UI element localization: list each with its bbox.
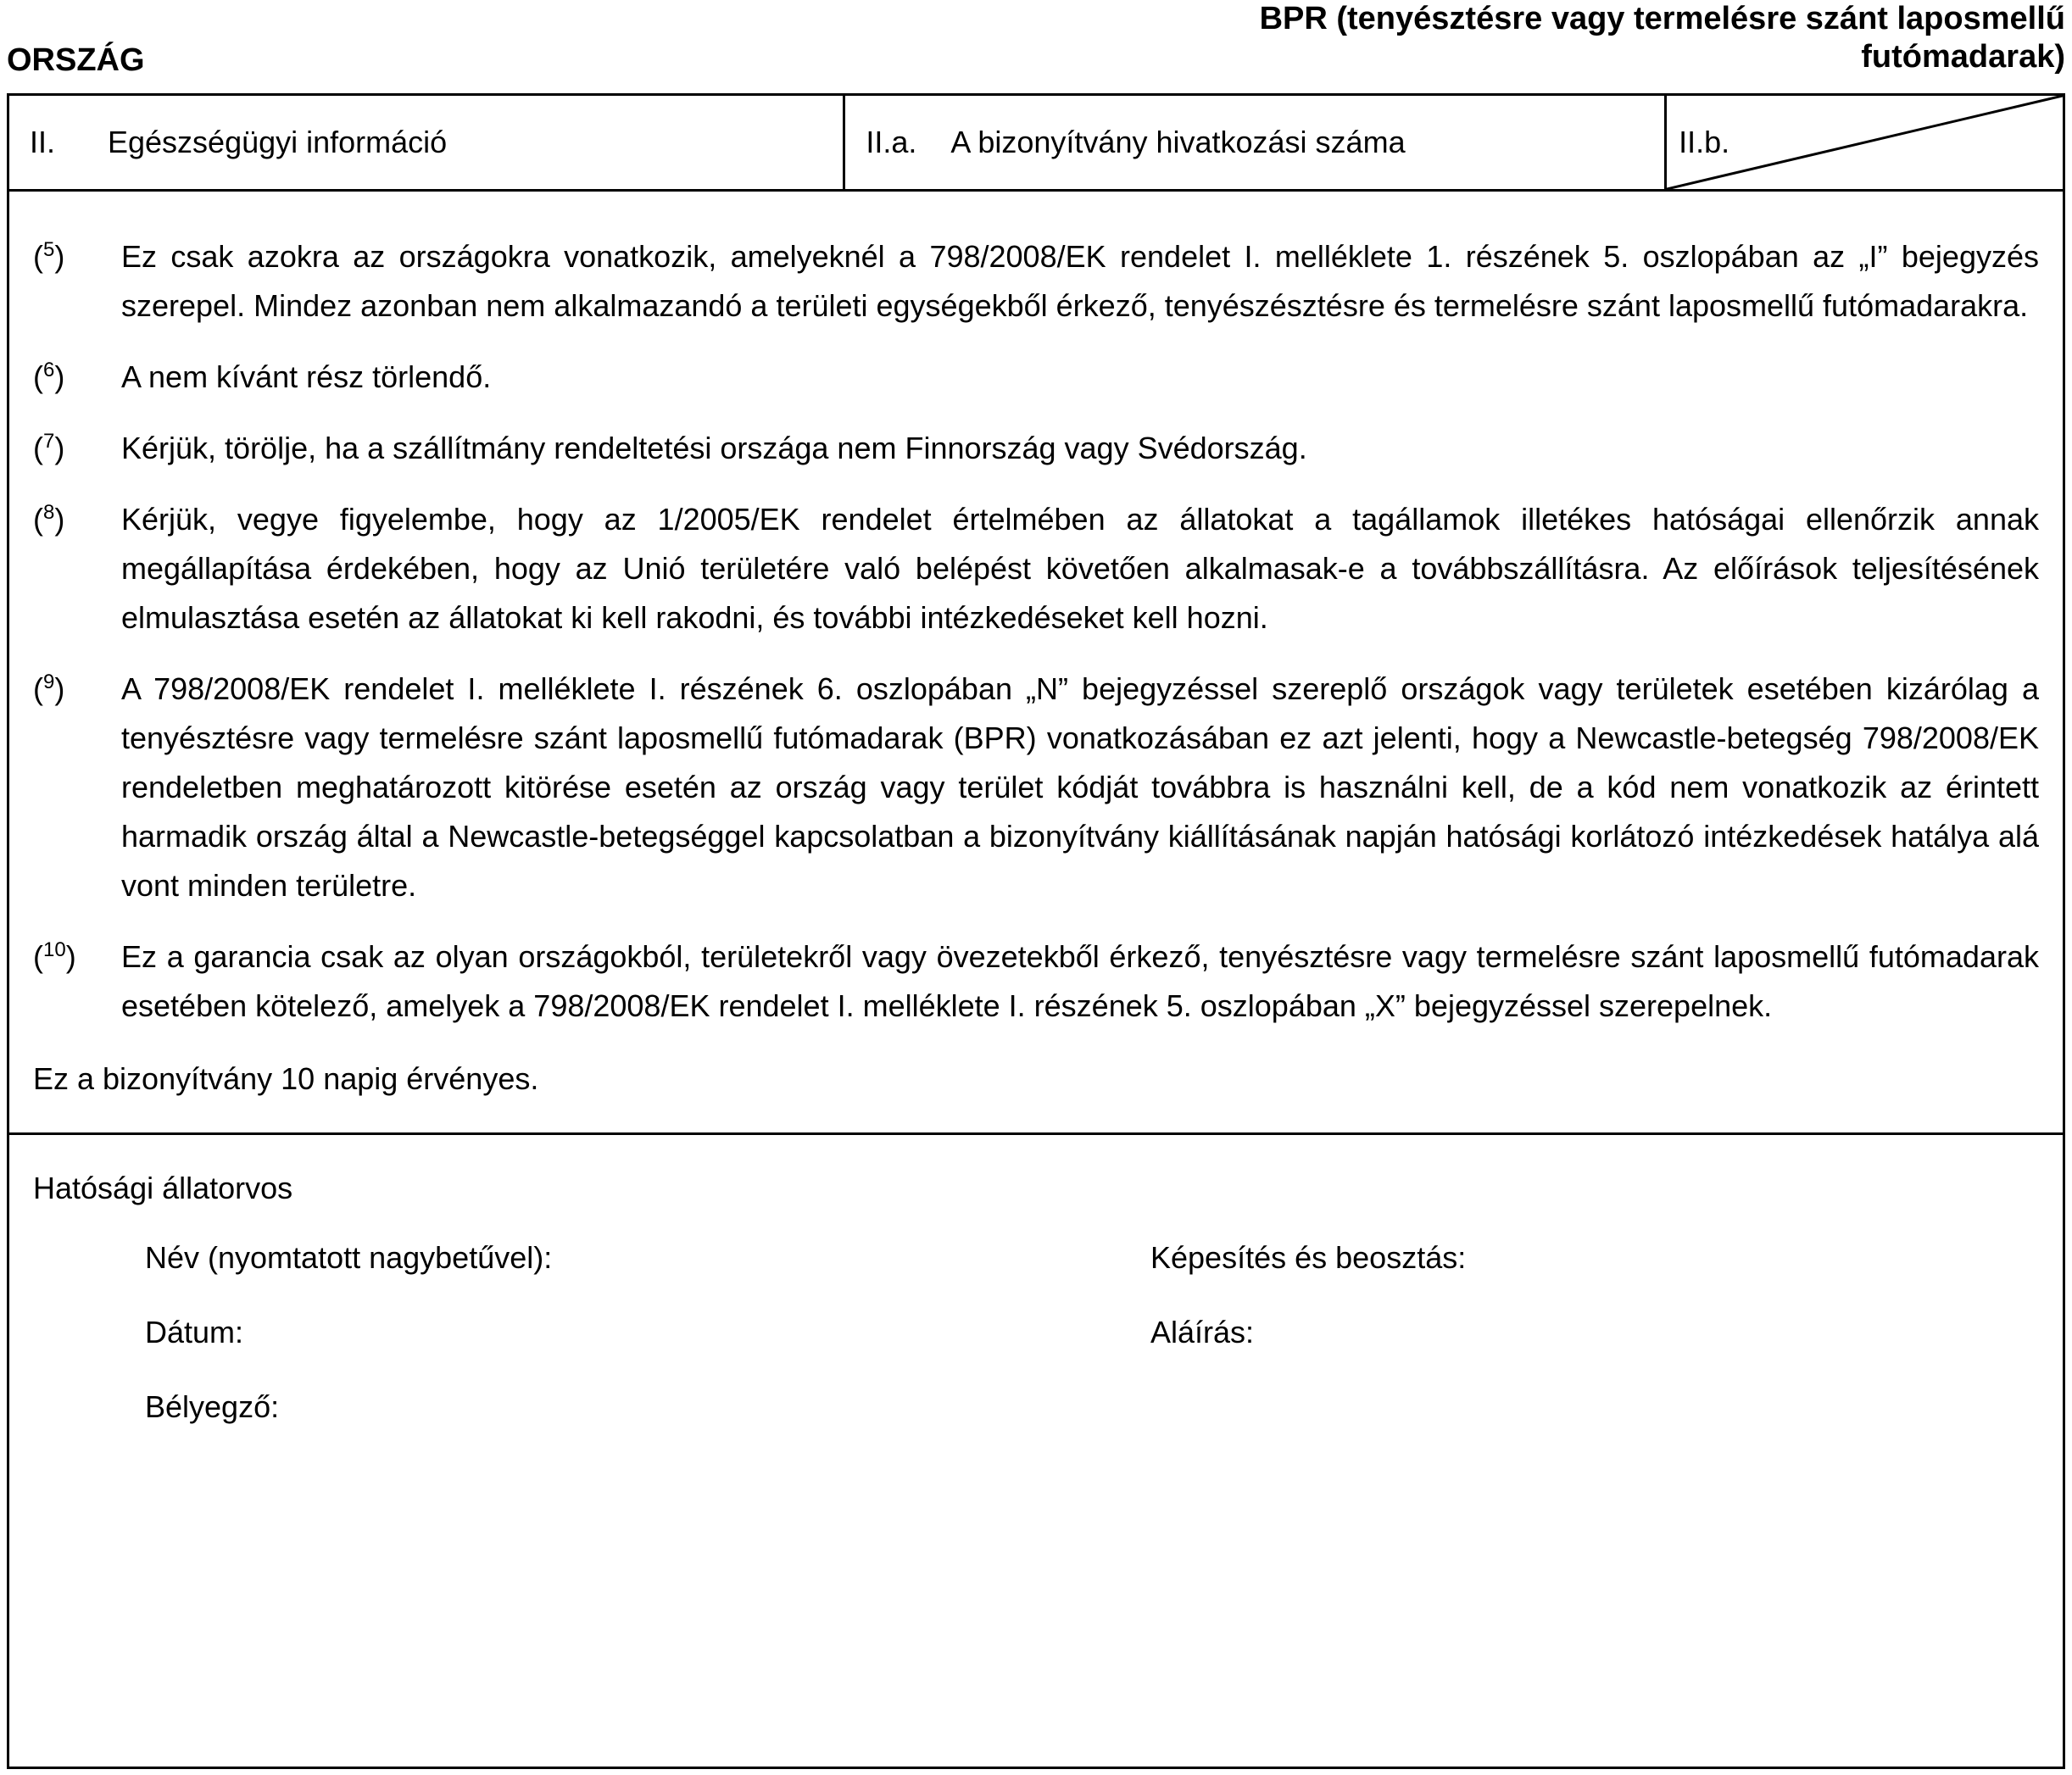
footnote-marker-number: 6 bbox=[43, 359, 54, 381]
officer-section-title: Hatósági állatorvos bbox=[33, 1164, 2039, 1213]
footnote-marker-open-paren: ( bbox=[33, 502, 43, 537]
footnote-marker-close-paren: ) bbox=[54, 239, 64, 274]
officer-field-row: Bélyegző: bbox=[33, 1383, 2039, 1432]
officer-field-row: Dátum: Aláírás: bbox=[33, 1308, 2039, 1357]
footnote-marker-close-paren: ) bbox=[66, 939, 76, 974]
footnote-text: Ez a garancia csak az olyan országokból,… bbox=[121, 932, 2039, 1031]
document-header: ORSZÁG BPR (tenyésztésre vagy termelésre… bbox=[7, 0, 2065, 93]
validity-note: Ez a bizonyítvány 10 napig érvényes. bbox=[33, 1054, 2039, 1104]
cell-certificate-reference-label: A bizonyítvány hivatkozási száma bbox=[950, 125, 1405, 160]
footnote-marker-close-paren: ) bbox=[54, 671, 64, 706]
footnote-marker: (6) bbox=[33, 353, 121, 402]
footnote-marker-open-paren: ( bbox=[33, 671, 43, 706]
footnote-marker: (9) bbox=[33, 665, 121, 910]
officer-field-label-left: Név (nyomtatott nagybetűvel): bbox=[145, 1233, 1150, 1283]
footnote-text: Kérjük, vegye figyelembe, hogy az 1/2005… bbox=[121, 495, 2039, 643]
certificate-title-line1: BPR (tenyésztésre vagy termelésre szánt … bbox=[1260, 0, 2065, 38]
certificate-title-line2: futómadarak) bbox=[1260, 38, 2065, 76]
cell-health-information-number: II. bbox=[30, 125, 108, 160]
footnote-item: (8) Kérjük, vegye figyelembe, hogy az 1/… bbox=[33, 495, 2039, 643]
footnote-text: Kérjük, törölje, ha a szállítmány rendel… bbox=[121, 424, 2039, 473]
footnote-text: A 798/2008/EK rendelet I. melléklete I. … bbox=[121, 665, 2039, 910]
footnote-text: A nem kívánt rész törlendő. bbox=[121, 353, 2039, 402]
info-row: II. Egészségügyi információ II.a. A bizo… bbox=[7, 93, 2065, 192]
officer-field-label-left: Dátum: bbox=[145, 1308, 1150, 1357]
footnote-marker-number: 8 bbox=[43, 501, 54, 524]
footnote-text: Ez csak azokra az országokra vonatkozik,… bbox=[121, 232, 2039, 331]
footnote-marker-number: 9 bbox=[43, 670, 54, 693]
footnote-item: (9) A 798/2008/EK rendelet I. melléklete… bbox=[33, 665, 2039, 910]
footnote-marker-close-paren: ) bbox=[54, 431, 64, 465]
footnotes-section: (5) Ez csak azokra az országokra vonatko… bbox=[9, 192, 2063, 1132]
certificate-page: ORSZÁG BPR (tenyésztésre vagy termelésre… bbox=[0, 0, 2072, 1775]
footnote-marker-open-paren: ( bbox=[33, 431, 43, 465]
cell-health-information-label: Egészségügyi információ bbox=[108, 125, 447, 160]
cell-certificate-reference-number: II.a. bbox=[866, 125, 950, 160]
footnote-marker: (10) bbox=[33, 932, 121, 1031]
officer-section: Hatósági állatorvos Név (nyomtatott nagy… bbox=[9, 1132, 2063, 1767]
footnote-item: (7) Kérjük, törölje, ha a szállítmány re… bbox=[33, 424, 2039, 473]
officer-field-label-right bbox=[1150, 1383, 2039, 1432]
diagonal-strikeout-line bbox=[1667, 96, 2063, 189]
officer-field-label-left: Bélyegző: bbox=[145, 1383, 1150, 1432]
officer-field-label-right: Képesítés és beosztás: bbox=[1150, 1233, 2039, 1283]
cell-certificate-reference: II.a. A bizonyítvány hivatkozási száma bbox=[843, 96, 1664, 189]
officer-field-rows: Név (nyomtatott nagybetűvel): Képesítés … bbox=[33, 1233, 2039, 1432]
officer-field-row: Név (nyomtatott nagybetűvel): Képesítés … bbox=[33, 1233, 2039, 1283]
footnote-marker-number: 10 bbox=[43, 938, 66, 961]
footnote-marker-open-paren: ( bbox=[33, 239, 43, 274]
footnote-marker: (8) bbox=[33, 495, 121, 643]
footnotes-list: (5) Ez csak azokra az országokra vonatko… bbox=[33, 232, 2039, 1031]
main-box: (5) Ez csak azokra az országokra vonatko… bbox=[7, 189, 2065, 1769]
footnote-marker-open-paren: ( bbox=[33, 939, 43, 974]
footnote-marker-close-paren: ) bbox=[54, 359, 64, 394]
footnote-marker-open-paren: ( bbox=[33, 359, 43, 394]
footnote-marker-close-paren: ) bbox=[54, 502, 64, 537]
footnote-item: (10) Ez a garancia csak az olyan országo… bbox=[33, 932, 2039, 1031]
footnote-marker: (7) bbox=[33, 424, 121, 473]
certificate-title: BPR (tenyésztésre vagy termelésre szánt … bbox=[1260, 0, 2065, 76]
footnote-item: (6) A nem kívánt rész törlendő. bbox=[33, 353, 2039, 402]
footnote-marker: (5) bbox=[33, 232, 121, 331]
footnote-marker-number: 7 bbox=[43, 430, 54, 453]
cell-iib: II.b. bbox=[1664, 96, 2063, 189]
footnote-marker-number: 5 bbox=[43, 238, 54, 261]
footnote-item: (5) Ez csak azokra az országokra vonatko… bbox=[33, 232, 2039, 331]
cell-health-information: II. Egészségügyi információ bbox=[9, 96, 843, 189]
officer-field-label-right: Aláírás: bbox=[1150, 1308, 2039, 1357]
country-label: ORSZÁG bbox=[7, 44, 145, 76]
